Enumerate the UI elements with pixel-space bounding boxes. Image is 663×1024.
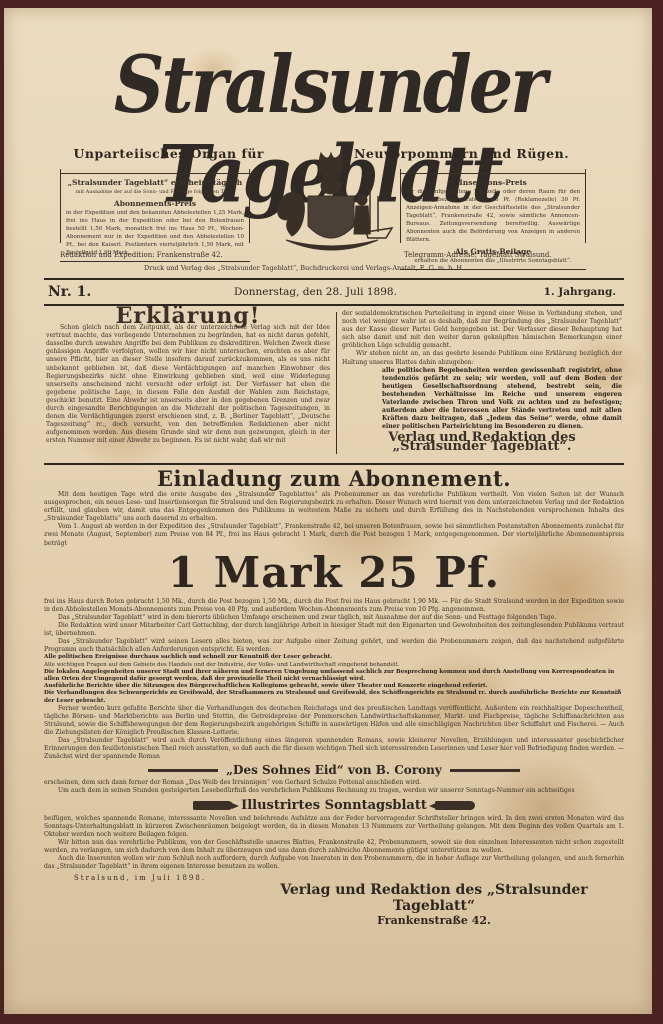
einladung-p2: Vom 1. August ab werden in der Expeditio…: [44, 523, 624, 547]
issue-date: Donnerstag, den 28. Juli 1898.: [234, 286, 397, 298]
erklaerung-signature: Verlag und Redaktion des „Stralsunder Ta…: [342, 434, 622, 450]
novel-title: „Des Sohnes Eid“ von B. Corony: [226, 763, 442, 777]
einladung-p8: Das „Stralsunder Tageblatt“ wird auch du…: [44, 737, 624, 761]
subscription-price-text: in der Expedition und den bekannten Abho…: [66, 209, 244, 257]
issue-info-row: Nr. 1. Donnerstag, den 28. Juli 1898. 1.…: [44, 284, 624, 304]
erklaerung-col-right: der sozialdemokratischen Parteileitung i…: [342, 310, 622, 451]
subscription-box-heading: „Stralsunder Tageblatt“ erscheint täglic…: [66, 178, 244, 188]
einladung-p7: Ferner werden kurz gefaßte Berichte über…: [44, 705, 624, 737]
insertion-price-text: für die fünfgespaltene Petitzeile oder d…: [406, 188, 580, 244]
coat-of-arms-icon: [266, 148, 396, 258]
program-item: Die lokalen Angelegenheiten unserer Stad…: [44, 669, 624, 683]
einladung-p10: Um auch dem in seinen Stunden gesteigert…: [44, 787, 624, 795]
program-item: Alle politischen Ereignisse durchaus sac…: [44, 654, 624, 661]
ornament-rule: [450, 769, 520, 772]
einladung-p6: Das „Stralsunder Tageblatt“ wird seinen …: [44, 638, 624, 654]
issue-number: Nr. 1.: [48, 284, 91, 300]
novel-title-row: „Des Sohnes Eid“ von B. Corony: [44, 763, 624, 777]
column-divider: [336, 312, 337, 454]
closing-signature: Verlag und Redaktion des „Stralsunder Ta…: [244, 882, 624, 914]
coat-of-arms: [266, 148, 396, 258]
einladung-body: Mit dem heutigen Tage wird die erste Aus…: [44, 491, 624, 548]
program-item: Die Verhandlungen des Schwurgerichts zu …: [44, 690, 624, 704]
einladung-p5: Die Redaktion wird unser Mitarbeiter Car…: [44, 622, 624, 638]
subscription-box-subheading: mit Ausnahme der auf die Sonn- und Festt…: [66, 188, 244, 196]
einladung-article: Einladung zum Abonnement. Mit dem heutig…: [44, 466, 624, 927]
einladung-p1: Mit dem heutigen Tage wird die erste Aus…: [44, 491, 624, 523]
insertion-price-heading: Insertions-Preis: [406, 178, 580, 188]
erklaerung-paragraph-3: Wir stehen nicht an, an das geehrte lese…: [342, 350, 622, 366]
einladung-p3: frei ins Haus durch Boten gebracht 1,50 …: [44, 598, 624, 614]
einladung-body-2: frei ins Haus durch Boten gebracht 1,50 …: [44, 598, 624, 655]
editorial-address: Redaktion und Expedition: Frankenstraße …: [60, 251, 223, 259]
einladung-body-5: beifügen, welches spannende Romane, inte…: [44, 815, 624, 872]
einladung-p9: erscheinen, dem sich dann ferner der Rom…: [44, 779, 624, 787]
einladung-p4: Das „Stralsunder Tageblatt“ wird in dem …: [44, 614, 624, 622]
einladung-heading: Einladung zum Abonnement.: [44, 466, 624, 491]
program-item: Alle wichtigen Fragen auf dem Gebiete de…: [44, 662, 624, 669]
masthead-subtitle-left: Unparteiisches Organ für: [64, 146, 264, 161]
place-date: Stralsund, im Juli 1898.: [74, 874, 624, 882]
printer-line: Druck und Verlag des „Stralsunder Tagebl…: [144, 264, 464, 272]
einladung-p12: Wir bitten nun das verehrliche Publikum,…: [44, 839, 624, 855]
pointing-hand-left-icon: [435, 801, 475, 810]
erklaerung-col-left: Erklärung! Schon gleich nach dem Zeitpun…: [46, 308, 330, 446]
subscription-price-heading: Abonnements-Preis: [66, 199, 244, 209]
erklaerung-heading: Erklärung!: [46, 312, 330, 320]
ornament-rule: [148, 769, 218, 772]
quarterly-price: 1 Mark 25 Pf.: [44, 548, 624, 598]
einladung-body-3: Ferner werden kurz gefaßte Berichte über…: [44, 705, 624, 762]
subscription-box: „Stralsunder Tageblatt“ erscheint täglic…: [60, 173, 250, 262]
program-list: Alle politischen Ereignisse durchaus sac…: [44, 654, 624, 704]
erklaerung-article: Erklärung! Schon gleich nach dem Zeitpun…: [44, 308, 624, 460]
supplement-title-row: Illustrirtes Sonntagsblatt: [44, 798, 624, 813]
telegram-address: Telegramm-Adresse: Tageblatt Stralsund.: [404, 251, 552, 259]
newspaper-page: Stralsunder Tageblatt Unparteiisches Org…: [4, 8, 652, 1014]
einladung-body-4: erscheinen, dem sich dann ferner der Rom…: [44, 779, 624, 795]
closing-address: Frankenstraße 42.: [244, 914, 624, 927]
einladung-p11: beifügen, welches spannende Romane, inte…: [44, 815, 624, 839]
erklaerung-paragraph-1: Schon gleich nach dem Zeitpunkt, als der…: [46, 324, 330, 445]
erklaerung-paragraph-2: der sozialdemokratischen Parteileitung i…: [342, 310, 622, 350]
supplement-title: Illustrirtes Sonntagsblatt: [241, 798, 427, 813]
einladung-p13: Auch die Inserenten wollen wir zum Schlu…: [44, 855, 624, 871]
pointing-hand-right-icon: [193, 801, 233, 810]
erklaerung-statement: alle politischen Begebenheiten werden ge…: [382, 367, 622, 432]
rule-top: [44, 278, 624, 280]
issue-volume: 1. Jahrgang.: [544, 286, 616, 298]
rule-section: [44, 463, 624, 465]
